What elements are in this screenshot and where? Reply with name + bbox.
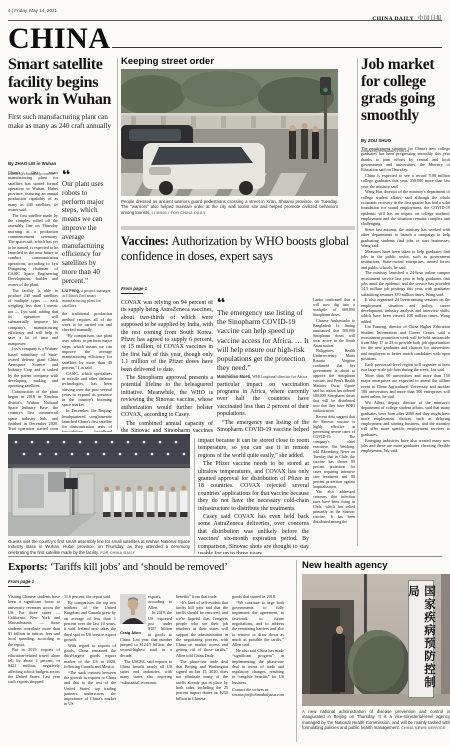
lead-body-col2: “ Our plant uses robots to perform major… (62, 170, 112, 432)
exports-col5: goods that started in 2018.“We continue … (232, 594, 284, 742)
vaccines-topbar (121, 226, 355, 230)
paragraph: More than 90 universities and more than … (361, 373, 450, 399)
divider-exports-health (296, 560, 297, 742)
exports-col1: Visiting Chinese students have been a si… (8, 594, 60, 742)
paragraph: By comparison, the top two markets of th… (64, 600, 116, 642)
craig-allen-photo-art (120, 594, 146, 624)
from-page-rule (121, 293, 143, 295)
paragraph: The USCBC said exports to China benefit … (120, 659, 172, 685)
vaccines-pull-quote-text: The emergency use listing of the Sinopha… (217, 308, 309, 372)
paragraph: With regard to exports of goods, China r… (64, 643, 116, 669)
vaccines-headline: Vaccines: Authorization by WHO boosts gl… (121, 234, 355, 263)
paragraph: Visiting Chinese students have been a si… (8, 594, 60, 647)
newspaper-page: 4 | Friday, May 14, 2021 CHINA DAILY 中国日… (0, 0, 450, 747)
paragraph: goods that started in 2018. (232, 594, 284, 599)
exports-col4: benefits” from that trade.“It's kind of … (176, 594, 228, 742)
paragraph: The first satellite made by the complex … (8, 213, 58, 287)
assembly-caption: Guests visit the country's first smart a… (8, 539, 190, 556)
vaccines-from-page: From page 1 (121, 286, 147, 294)
health-photo-person (332, 634, 345, 692)
health-agency-sign-text: 国家疾病预防控制局 (405, 585, 437, 697)
paragraph: Chinese Ambassador to Bangladesh Li Jimi… (313, 319, 355, 349)
lead-byline-name: By ZHAO LEI in Wuhan (8, 161, 56, 166)
paragraph: Casey said COVAX has even held back some… (198, 514, 309, 554)
masthead-name: CHINA DAILY (372, 16, 414, 22)
lead-body-col2-text: the traditional production method requir… (62, 311, 112, 432)
paragraph: The ministry launched a 24-hour online c… (361, 270, 450, 296)
paragraph: “It's kind of self-evident that tariffs … (176, 600, 228, 658)
paragraph: The phase-one trade deal that Beijing an… (176, 659, 228, 701)
exports-col2: 11.6 percent, the report said.By compari… (64, 594, 116, 742)
vaccines-col2: “ The emergency use listing of the Sinop… (217, 298, 309, 432)
paragraph: Emerging industries have also created ma… (361, 438, 450, 454)
paragraph: The combined annual capacity of the Sino… (121, 421, 213, 433)
health-agency-sign: 国家疾病预防控制局 (408, 580, 434, 698)
paragraph: Philippines Health Undersecretary Maria … (313, 349, 355, 414)
header-rule (8, 20, 442, 21)
paragraph: Since last autumn, the ministry has work… (361, 227, 450, 248)
health-caption: A new national administration of disease… (302, 709, 450, 732)
paragraph: The facility is able to produce 240 smal… (8, 288, 58, 346)
paragraph: benefits” from that trade. (176, 594, 228, 599)
health-photo-wall-column (441, 574, 450, 706)
vaccines-continuation: impact because it can be stored close to… (198, 438, 309, 554)
exports-body: Visiting Chinese students have been a si… (8, 594, 288, 742)
paragraph: China is expected to see a record 9.09 m… (361, 173, 450, 189)
paragraph: Wu Aihua, deputy director of the ministr… (361, 400, 450, 437)
paragraph: “The emergency use listing of the Sinoph… (217, 420, 309, 432)
paragraph: In December, the Beijing-headquartered c… (62, 408, 112, 432)
section-title: CHINA (8, 24, 111, 54)
assembly-photo (8, 434, 190, 536)
paragraph: “The stark contrast between the growth i… (64, 670, 116, 707)
paragraph: COVAX was relying on 94 percent of its s… (121, 300, 213, 374)
paragraph: Yin also addressed concerns that infecti… (313, 490, 355, 525)
lead-body: China's first smart manufacturing plant … (8, 170, 112, 432)
divider-mid-right (357, 58, 358, 546)
divider-photo-cont (194, 438, 195, 554)
paragraph: Each provincial-level region will organi… (361, 362, 450, 373)
pull-quote-mark: “ (62, 170, 112, 180)
job-headline: Job market for college grads going smoot… (361, 56, 450, 124)
paragraph: the traditional production method requir… (62, 311, 112, 332)
street-photo-art (121, 69, 338, 196)
paragraph: “We continue to urge both governments to… (232, 600, 284, 648)
paragraph: Measures have been taken to help graduat… (361, 249, 450, 270)
masthead-chinese: 中国日报 (418, 16, 442, 22)
exports-contact: Contact the writers at renxiaojin@chinad… (232, 687, 284, 698)
vaccines-pull-quote-attribution: Matshidiso Moeti, WHO regional director … (217, 374, 309, 379)
paragraph: Recent data suggest that the Sinovac vac… (313, 415, 355, 490)
divider-left-mid (117, 58, 118, 430)
paragraph: The Pfizer vaccine needs to be stored at… (198, 461, 309, 513)
paragraph: Lanka confirmed that it will now dig int… (313, 298, 355, 318)
job-body: The employment situation for China's new… (361, 146, 450, 546)
paragraph: Lyu's company is a Wuhan-based subsidiar… (8, 346, 58, 388)
page-number-date: 4 | Friday, May 14, 2021 (8, 8, 57, 13)
health-heading: New health agency (302, 560, 388, 571)
health-credit: CHINA NEWS SERVICE (401, 726, 445, 730)
exports-from-page-rule (8, 586, 30, 588)
paragraph: He also said China has made “significant… (232, 648, 284, 685)
assembly-photo-art (8, 434, 190, 536)
paragraph: Liu Yumeng, director of China Higher Edu… (361, 324, 450, 361)
lead-body-col1: China's first smart manufacturing plant … (8, 170, 58, 432)
craig-allen-photo: Craig Allen (120, 594, 146, 635)
exports-headline: Exports: ‘Tariffs kill jobs’ and ‘should… (8, 561, 292, 574)
exports-kicker: Exports: (8, 561, 50, 573)
lead-pull-quote-text: Our plant uses robots to perform major s… (62, 180, 112, 286)
vaccines-col3: Lanka confirmed that it will now dig int… (313, 298, 355, 554)
paragraph: The employment situation for China's new… (361, 146, 450, 172)
paragraph: Wang Hui, director of the ministry's dep… (361, 189, 450, 226)
paragraph: “By comparison, our plant uses robots to… (62, 333, 112, 370)
craig-allen-label: Craig Allen (120, 630, 146, 635)
vaccines-quote-mark: “ (217, 298, 309, 308)
paragraph: particular impact on vaccination program… (217, 382, 309, 419)
street-photo (121, 69, 338, 196)
paragraph: Construction of the plant began in 2019 … (8, 389, 58, 432)
street-credit: LI MING / FOR CHINA DAILY (152, 211, 206, 215)
street-caption: People dressed as ancient warriors guard… (121, 199, 338, 216)
paragraph: 11.6 percent, the report said. (64, 594, 116, 599)
lead-subhead: First such manufacturing plant can make … (8, 113, 112, 131)
vaccines-kicker: Vaccines: (121, 234, 171, 248)
vaccines-col1: COVAX was relying on 94 percent of its s… (121, 300, 213, 432)
job-byline-name: By ZOU SHUO (361, 138, 391, 143)
paragraph: China's first smart manufacturing plant … (8, 170, 58, 212)
vaccines-col2-text: particular impact on vaccination program… (217, 382, 309, 432)
paragraph: But in 2019, exports of education-relate… (8, 647, 60, 684)
section-rule (112, 47, 442, 48)
lead-pull-quote-attribution: Liu Feng, a project manager at China's f… (62, 288, 112, 309)
exports-col3: Craig Allen exports, according to Allen.… (120, 594, 172, 742)
paragraph: impact because it can be stored close to… (198, 438, 309, 460)
exports-from-page: From page 1 (8, 579, 34, 587)
paragraph: CASIC, which specializes in missile and … (62, 371, 112, 408)
paragraph: The Sinopharm approval presents a potent… (121, 375, 213, 419)
bottom-section-rule (8, 556, 442, 557)
assembly-credit: FOR CHINA DAILY (100, 551, 135, 555)
health-photo-bush (348, 630, 410, 700)
lead-headline: Smart satellite facility begins work in … (8, 56, 114, 109)
paragraph: It also organized 24 livestreaming sessi… (361, 297, 450, 323)
masthead: CHINA DAILY 中国日报 (372, 7, 442, 25)
health-photo: 国家疾病预防控制局 (302, 574, 450, 706)
street-heading: Keeping street order (121, 56, 214, 67)
